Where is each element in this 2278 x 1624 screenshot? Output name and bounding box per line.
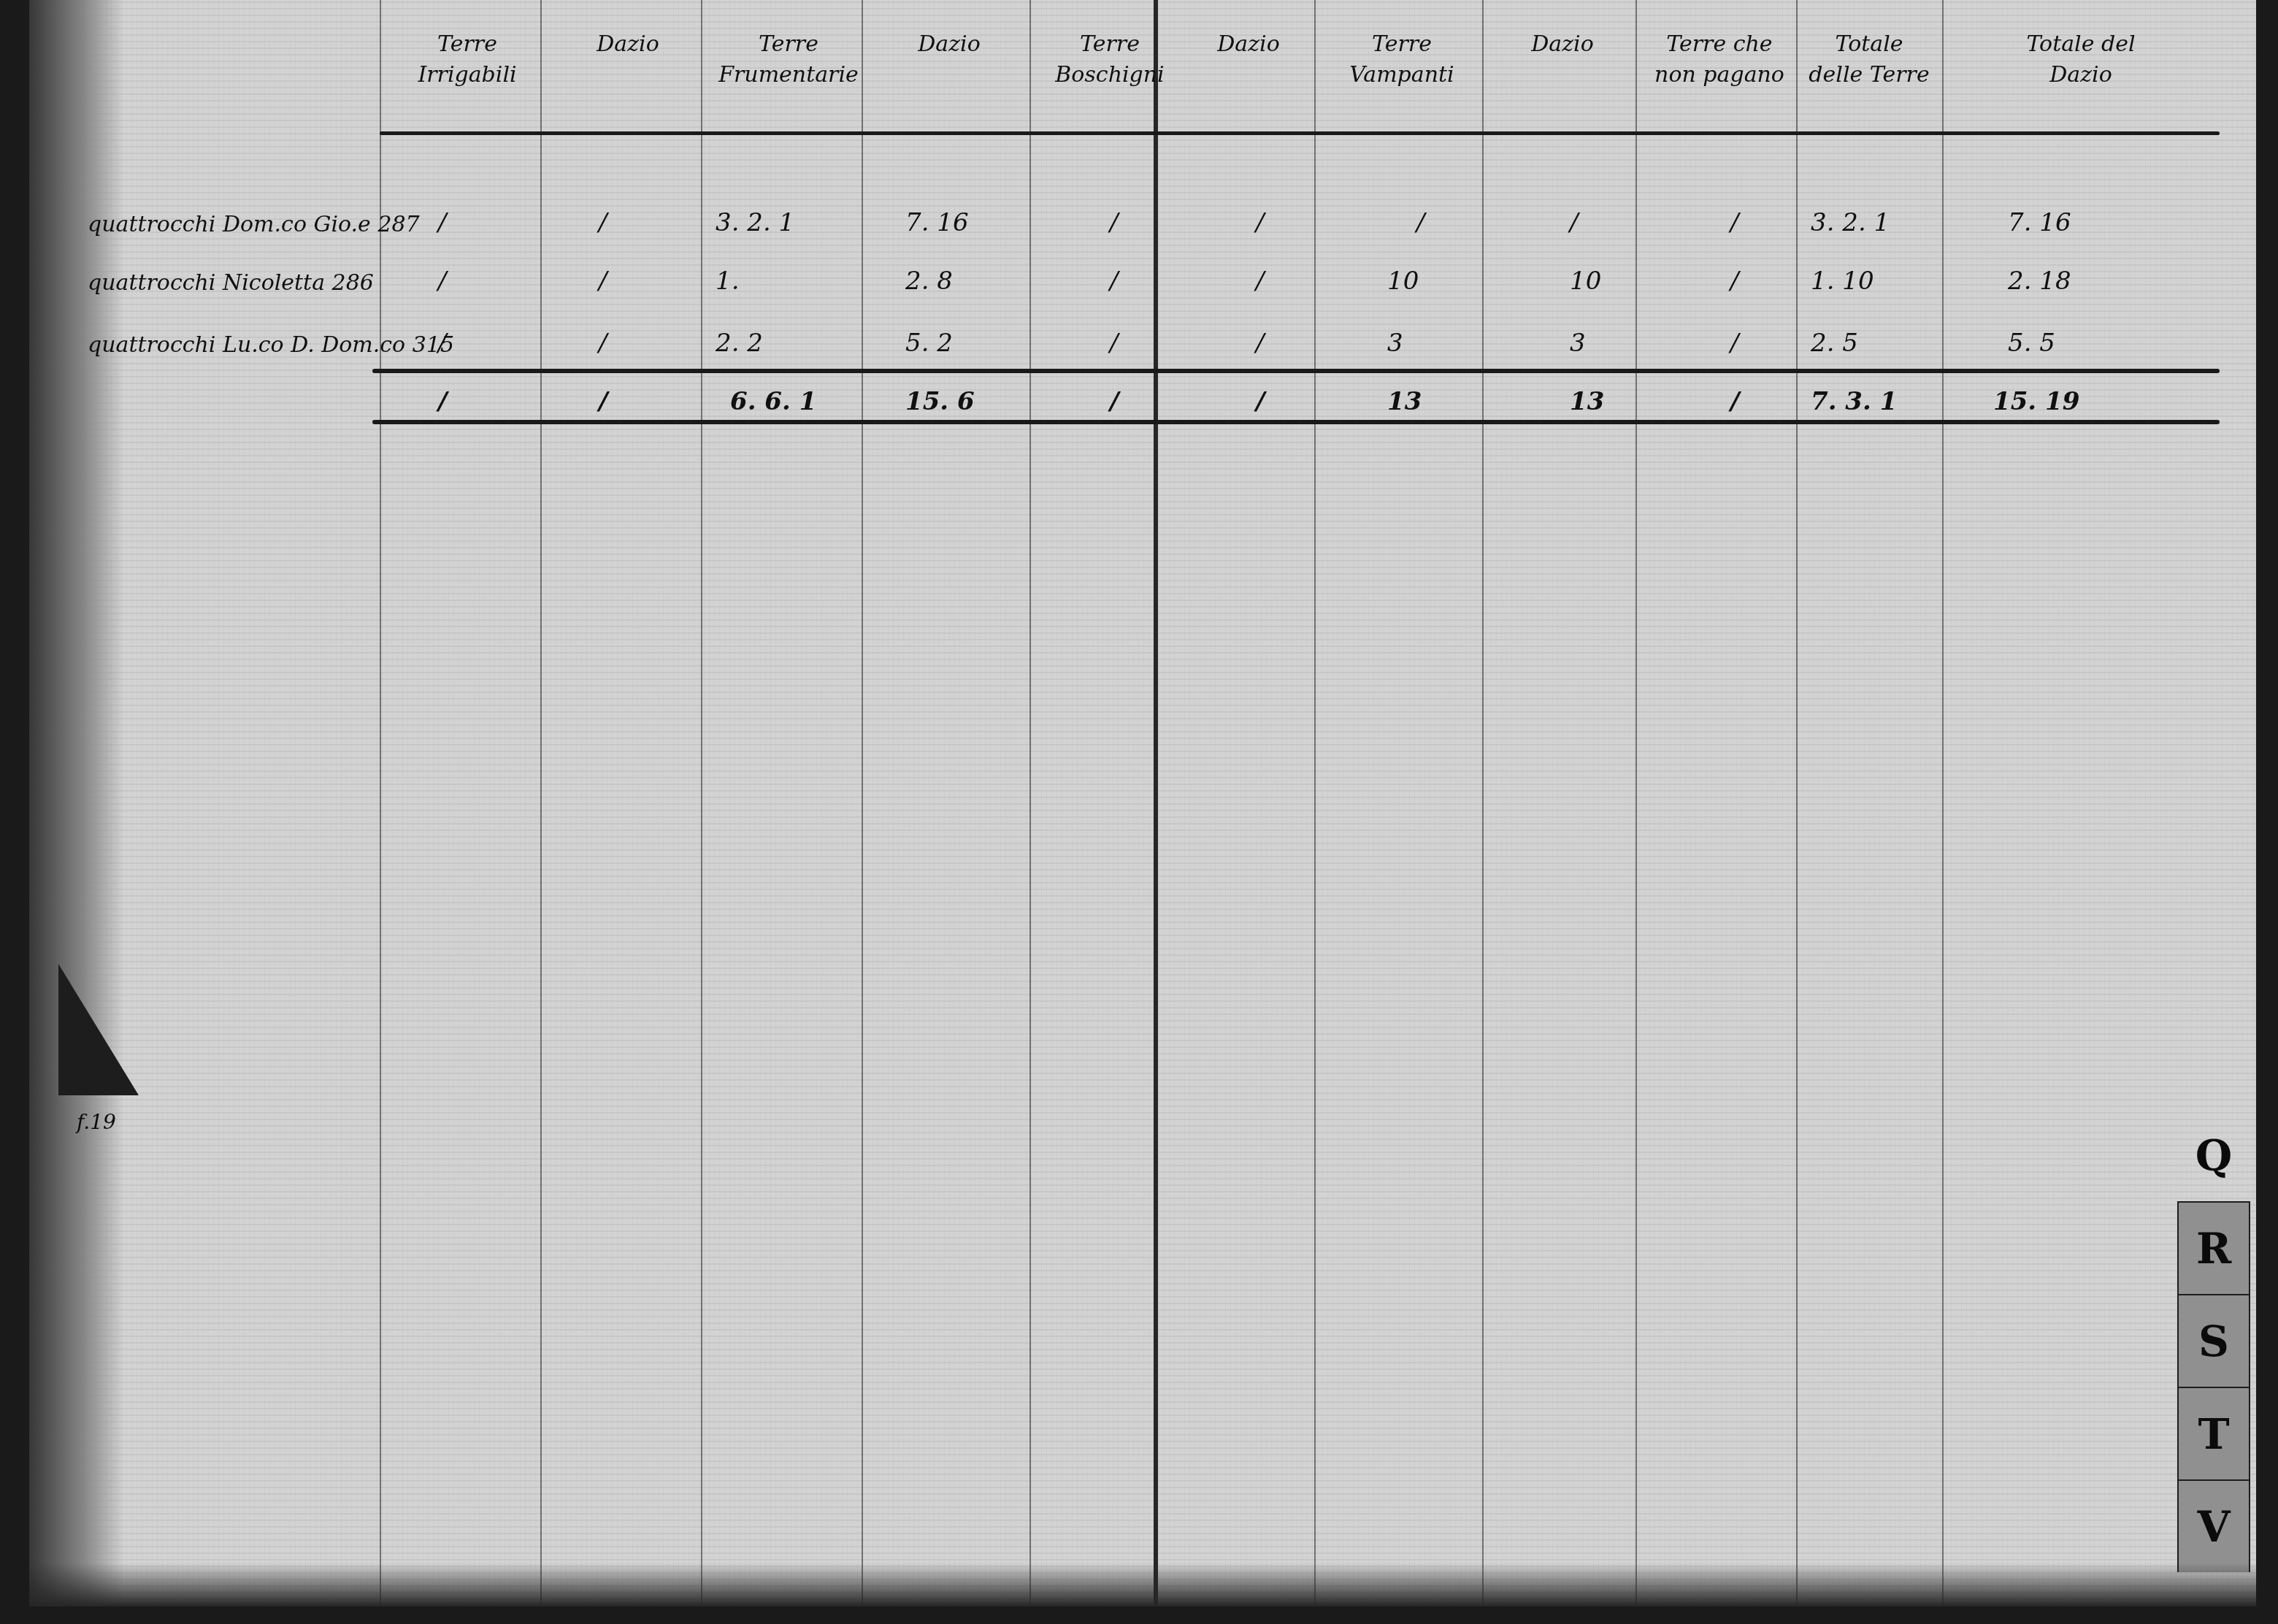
page-bottom-shadow <box>29 1563 2256 1606</box>
header-line: Vampanti <box>1329 60 1475 91</box>
table-cell: / <box>1570 208 1578 237</box>
row-name: quattrocchi Lu.co D. Dom.co 315 <box>88 332 454 358</box>
column-rule <box>1635 0 1637 1606</box>
total-cell: 7. 3. 1 <box>1811 387 1897 416</box>
table-cell: / <box>438 267 446 296</box>
header-line: Boschigni <box>1037 60 1183 91</box>
header-line: Dazio <box>1183 29 1314 60</box>
entry-folio: 315 <box>413 332 454 358</box>
table-cell: / <box>1256 267 1264 296</box>
column-rule <box>1942 0 1944 1606</box>
header-line: Dazio <box>876 29 1022 60</box>
header-line: Terre <box>716 29 862 60</box>
header-line: delle Terre <box>1796 60 1942 91</box>
table-cell: / <box>599 267 607 296</box>
column-rule <box>380 0 381 1606</box>
ledger-page: Terre Irrigabili Dazio Terre Frumentarie… <box>29 0 2256 1606</box>
margin-note: f.19 <box>77 1110 116 1134</box>
header-frumentarie: Terre Frumentarie <box>716 29 862 91</box>
total-cell: / <box>1730 387 1739 416</box>
torn-corner <box>58 964 139 1095</box>
table-cell: 3. 2. 1 <box>716 208 794 237</box>
table-cell: 7. 16 <box>905 208 969 237</box>
entry-name: quattrocchi Dom.co Gio.e <box>88 212 371 237</box>
header-line: Terre <box>394 29 540 60</box>
header-line: Terre <box>1329 29 1475 60</box>
header-dazio-3: Dazio <box>1183 29 1314 60</box>
thumb-tab[interactable]: T <box>2177 1387 2250 1479</box>
header-line: Totale <box>1796 29 1942 60</box>
table-cell: 3 <box>1570 329 1586 358</box>
thumb-tab[interactable]: Q <box>2177 1110 2250 1201</box>
subtotal-rule <box>372 369 2220 373</box>
total-cell: 13 <box>1387 387 1422 416</box>
total-cell: / <box>599 387 607 416</box>
entry-name: quattrocchi Nicoletta <box>88 270 325 296</box>
table-cell: / <box>599 329 607 358</box>
table-cell: / <box>1256 329 1264 358</box>
table-cell: / <box>1730 208 1738 237</box>
total-cell: 13 <box>1570 387 1604 416</box>
totals-rule <box>372 420 2220 424</box>
header-totale-dazio: Totale del Dazio <box>1957 29 2205 91</box>
column-rule <box>1796 0 1798 1606</box>
table-cell: / <box>1110 267 1118 296</box>
table-cell: / <box>438 329 446 358</box>
header-line: Terre che <box>1643 29 1796 60</box>
row-name: quattrocchi Dom.co Gio.e 287 <box>88 212 420 237</box>
column-rule <box>1314 0 1316 1606</box>
total-cell: 15. 19 <box>1993 387 2079 416</box>
thumb-tab[interactable]: V <box>2177 1479 2250 1572</box>
header-line: Totale del <box>1957 29 2205 60</box>
book-gutter <box>1154 0 1158 1606</box>
table-cell: 2. 8 <box>905 267 953 296</box>
header-line: Irrigabili <box>394 60 540 91</box>
thumb-index: Q R S T V <box>2177 1110 2250 1572</box>
table-cell: 5. 5 <box>2008 329 2055 358</box>
column-rule <box>1029 0 1031 1606</box>
header-non-pagano: Terre che non pagano <box>1643 29 1796 91</box>
table-cell: / <box>1256 208 1264 237</box>
header-line: non pagano <box>1643 60 1796 91</box>
total-cell: 6. 6. 1 <box>730 387 816 416</box>
table-cell: 3 <box>1387 329 1403 358</box>
table-cell: 10 <box>1387 267 1419 296</box>
table-cell: 3. 2. 1 <box>1811 208 1890 237</box>
total-cell: 15. 6 <box>905 387 975 416</box>
table-cell: / <box>1730 329 1738 358</box>
table-cell: 2. 18 <box>2008 267 2071 296</box>
header-dazio-2: Dazio <box>876 29 1022 60</box>
total-cell: / <box>1110 387 1119 416</box>
thumb-tab[interactable]: S <box>2177 1294 2250 1387</box>
column-rule <box>701 0 702 1606</box>
table-cell: 7. 16 <box>2008 208 2071 237</box>
entry-folio: 287 <box>377 212 419 237</box>
entry-folio: 286 <box>332 270 374 296</box>
entry-name: quattrocchi Lu.co D. Dom.co <box>88 332 405 358</box>
table-cell: / <box>1730 267 1738 296</box>
table-cell: 10 <box>1570 267 1601 296</box>
column-rule <box>862 0 863 1606</box>
column-rule <box>1482 0 1484 1606</box>
table-cell: 1. 10 <box>1811 267 1874 296</box>
total-cell: / <box>438 387 447 416</box>
table-cell: 2. 5 <box>1811 329 1858 358</box>
header-line: Dazio <box>1489 29 1635 60</box>
header-vampanti: Terre Vampanti <box>1329 29 1475 91</box>
total-cell: / <box>1256 387 1265 416</box>
header-line: Terre <box>1037 29 1183 60</box>
page-edge-shadow <box>29 0 124 1606</box>
header-totale-terre: Totale delle Terre <box>1796 29 1942 91</box>
header-rule <box>380 131 2220 135</box>
table-cell: 1. <box>716 267 739 296</box>
thumb-tab[interactable]: R <box>2177 1201 2250 1294</box>
table-cell: 5. 2 <box>905 329 953 358</box>
header-line: Dazio <box>1957 60 2205 91</box>
header-irrigabili: Terre Irrigabili <box>394 29 540 91</box>
header-boschive: Terre Boschigni <box>1037 29 1183 91</box>
header-line: Dazio <box>555 29 701 60</box>
row-name: quattrocchi Nicoletta 286 <box>88 270 374 296</box>
table-cell: / <box>1110 329 1118 358</box>
table-cell: 2. 2 <box>716 329 763 358</box>
table-cell: / <box>599 208 607 237</box>
header-dazio-1: Dazio <box>555 29 701 60</box>
table-cell: / <box>1110 208 1118 237</box>
table-cell: / <box>1416 208 1424 237</box>
header-line: Frumentarie <box>716 60 862 91</box>
header-dazio-4: Dazio <box>1489 29 1635 60</box>
table-cell: / <box>438 208 446 237</box>
column-rule <box>540 0 542 1606</box>
